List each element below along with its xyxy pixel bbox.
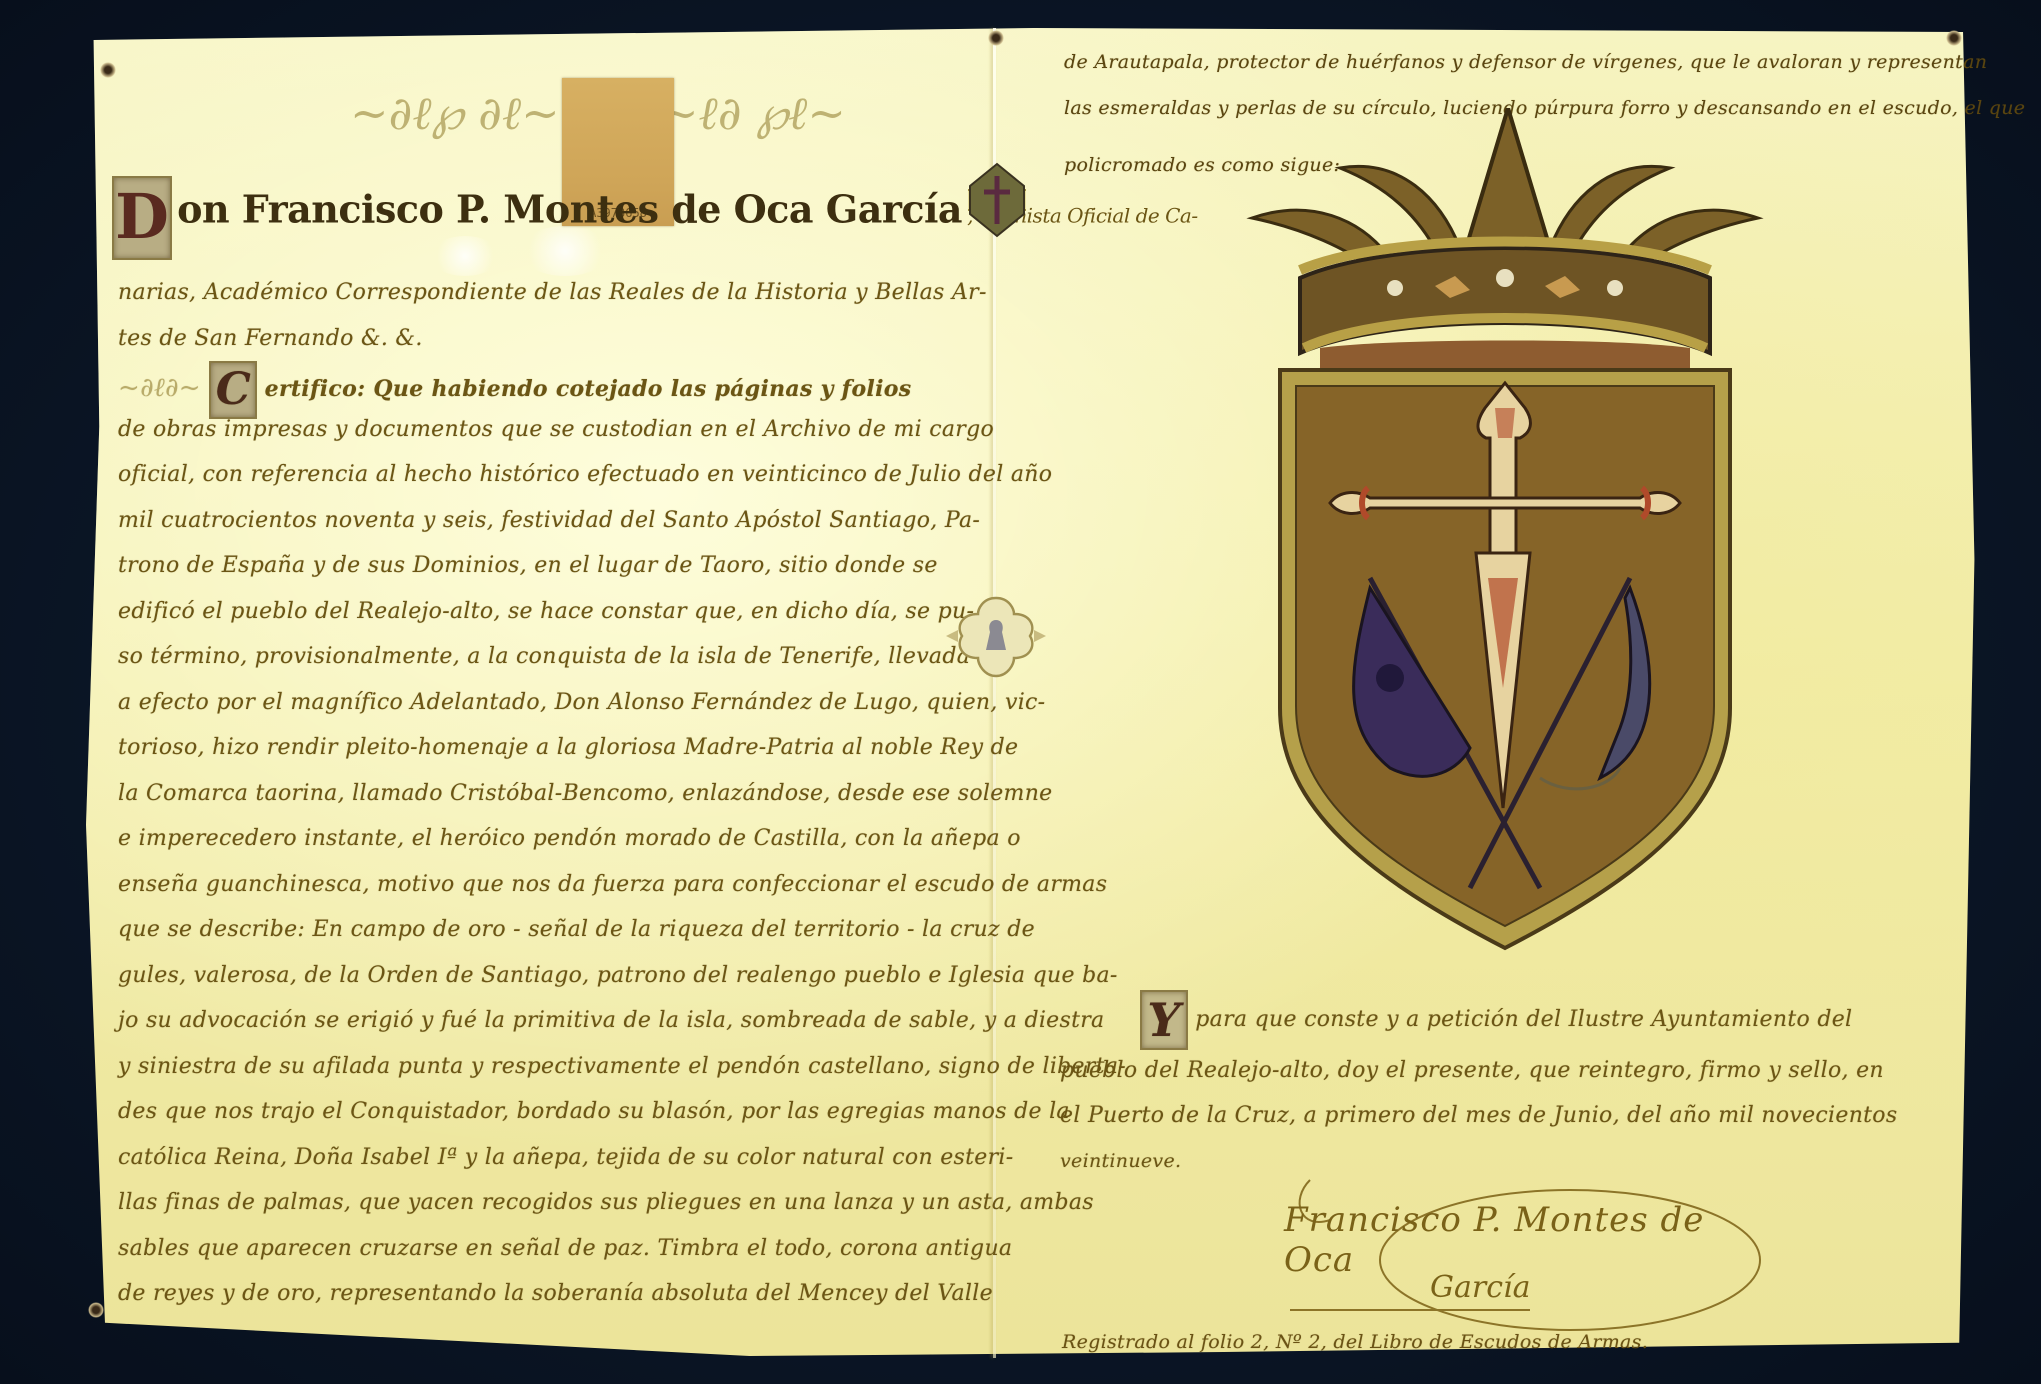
crown-icon: [1252, 108, 1758, 370]
body-line: e imperecedero instante, el heróico pend…: [118, 816, 978, 862]
body-line: llas finas de palmas, que yacen recogido…: [118, 1180, 978, 1226]
body-line: ertifico: Que habiendo cotejado las pági…: [265, 376, 912, 402]
body-line: y siniestra de su afilada punta y respec…: [118, 1044, 978, 1090]
body-line: católica Reina, Doña Isabel Iª y la añep…: [118, 1135, 978, 1181]
body-line: la Comarca taorina, llamado Cristóbal-Be…: [118, 771, 978, 817]
body-line: so término, provisionalmente, a la conqu…: [118, 634, 978, 680]
body-line: de reyes y de oro, representando la sobe…: [118, 1271, 978, 1317]
body-line: trono de España y de sus Dominios, en el…: [118, 543, 978, 589]
signature-surname: García: [1430, 1270, 1530, 1305]
closing-line: para que conste y a petición del Ilustre…: [1195, 1007, 1852, 1032]
closing-first-line: Y para que conste y a petición del Ilust…: [1060, 990, 1960, 1036]
body-line: mil cuatrocientos noventa y seis, festiv…: [118, 498, 978, 544]
header-flourish-right: ~ℓ∂ ℘ℓ~: [660, 86, 846, 140]
body-line: tes de San Fernando &. &.: [118, 316, 978, 362]
body-line: gules, valerosa, de la Orden de Santiago…: [118, 953, 978, 999]
body-line: sables que aparecen cruzarse en señal de…: [118, 1226, 978, 1272]
certificate-heading: D on Francisco P. Montes de Oca García ,…: [112, 176, 1198, 260]
body-line: narias, Académico Correspondiente de las…: [118, 270, 978, 316]
registration-note: Registrado al folio 2, Nº 2, del Libro d…: [1062, 1330, 1648, 1354]
santiago-cross-seal-icon: [968, 162, 1026, 238]
body-line: que se describe: En campo de oro - señal…: [118, 907, 978, 953]
coat-of-arms: [1240, 108, 1770, 968]
body-line: edificó el pueblo del Realejo-alto, se h…: [118, 589, 978, 635]
signature-block: Francisco P. Montes de Oca García: [1270, 1160, 1770, 1340]
header-flourish-left: ~∂ℓ℘ ∂ℓ~: [350, 86, 560, 140]
keyhole-escutcheon-icon: [944, 592, 1048, 680]
certificate-body: narias, Académico Correspondiente de las…: [118, 270, 978, 1317]
closing-line: el Puerto de la Cruz, a primero del mes …: [1060, 1093, 1960, 1139]
closing-statement: Y para que conste y a petición del Ilust…: [1060, 990, 1960, 1184]
body-line: des que nos trajo el Conquistador, borda…: [118, 1089, 978, 1135]
body-line: de obras impresas y documentos que se cu…: [118, 407, 978, 453]
corner-pin-icon: [100, 62, 116, 78]
corner-pin-icon: [88, 1302, 104, 1318]
certifico-line: ~∂ℓ∂~ C ertifico: Que habiendo cotejado …: [118, 361, 978, 407]
author-name: on Francisco P. Montes de Oca García: [177, 187, 962, 232]
body-line: a efecto por el magnífico Adelantado, Do…: [118, 680, 978, 726]
signature-name: Francisco P. Montes de Oca: [1284, 1200, 1770, 1280]
description-line: de Arautapala, protector de huérfanos y …: [1064, 40, 2025, 86]
top-binding-pin-icon: [988, 30, 1004, 46]
body-line: oficial, con referencia al hecho históri…: [118, 452, 978, 498]
body-line: jo su advocación se erigió y fué la prim…: [118, 998, 978, 1044]
body-line: enseña guanchinesca, motivo que nos da f…: [118, 862, 978, 908]
closing-line: pueblo del Realejo-alto, doy el presente…: [1060, 1048, 1960, 1094]
body-line: torioso, hizo rendir pleito-homenaje a l…: [118, 725, 978, 771]
illuminated-initial-d: D: [112, 176, 172, 260]
illuminated-initial-y: Y: [1140, 990, 1188, 1050]
